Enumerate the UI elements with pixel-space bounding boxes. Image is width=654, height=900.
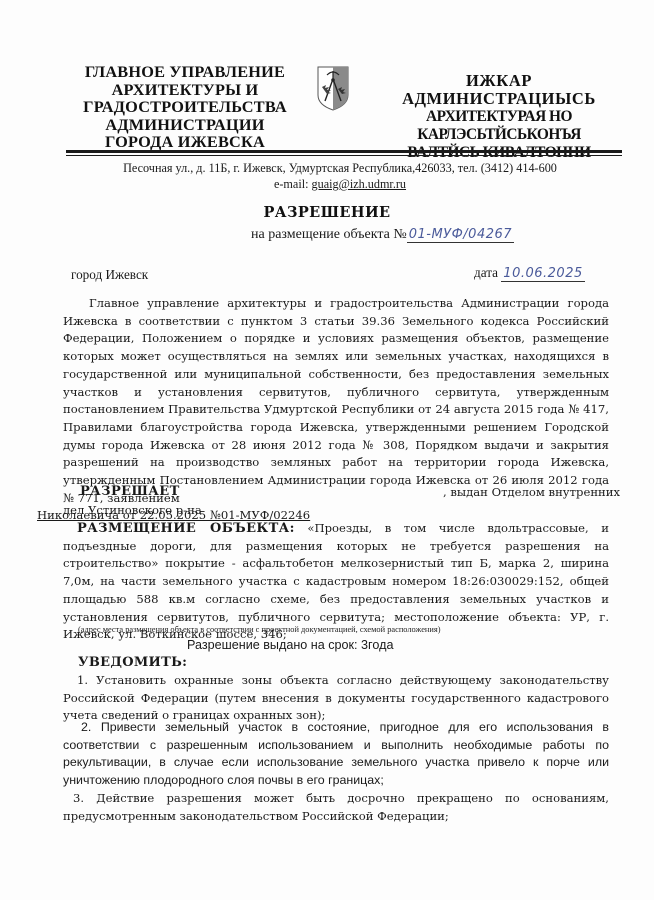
org-line: АРХИТЕКТУРАЯ НО: [378, 108, 620, 126]
department-text: дел Устиновского р-на: [63, 503, 202, 517]
org-contacts: Песочная ул., д. 11Б, г. Ижевск, Удмуртс…: [60, 160, 620, 192]
email-link[interactable]: guaig@izh.udmr.ru: [312, 177, 407, 191]
date-field: дата 10.06.2025: [474, 265, 585, 282]
email-label: e-mail:: [274, 177, 312, 191]
permit-number-handwritten: 01-МУФ/04267: [407, 227, 514, 243]
placement-text: «Проезды, в том числе вдольтрассовые, и …: [63, 521, 609, 641]
date-label: дата: [474, 265, 498, 280]
org-address: Песочная ул., д. 11Б, г. Ижевск, Удмуртс…: [60, 160, 620, 176]
header-divider-thin: [66, 155, 622, 156]
notify-item: 1. Установить охранные зоны объекта согл…: [63, 672, 609, 725]
org-name-russian: ГЛАВНОЕ УПРАВЛЕНИЕ АРХИТЕКТУРЫ И ГРАДОСТ…: [72, 63, 298, 151]
issued-by-text: , выдан Отделом внутренних: [443, 485, 620, 499]
org-line: ГОРОДА ИЖЕВСКА: [72, 133, 298, 151]
subtitle-text: на размещение объекта №: [251, 227, 407, 242]
org-line: КАРЛЭСЬТЙСЬКОНЪЯ: [378, 126, 620, 144]
izhevsk-coat-of-arms-icon: [316, 65, 350, 111]
permits-line: РАЗРЕШАЕТ , выдан Отделом внутренних: [80, 484, 610, 499]
date-handwritten: 10.06.2025: [501, 266, 584, 282]
header-divider-thick: [66, 150, 622, 153]
permits-heading: РАЗРЕШАЕТ: [80, 484, 180, 499]
org-line: АРХИТЕКТУРЫ И: [72, 81, 298, 99]
notify-item: 2. Привести земельный участок в состояни…: [63, 719, 609, 790]
document-title: РАЗРЕШЕНИЕ: [0, 204, 654, 221]
notify-item: 3. Действие разрешения может быть досроч…: [63, 790, 609, 825]
city-label: город Ижевск: [71, 267, 148, 283]
org-line: АДМИНИСТРАЦИИ: [72, 116, 298, 134]
address-note: (адрес места размещения объекта в соотве…: [78, 625, 441, 634]
placement-heading: РАЗМЕЩЕНИЕ ОБЪЕКТА:: [77, 521, 295, 536]
org-line: ИЖКАР АДМИНИСТРАЦИЫСЬ: [378, 72, 620, 108]
permit-term: Разрешение выдано на срок: 3года: [187, 638, 393, 652]
org-line: ГЛАВНОЕ УПРАВЛЕНИЕ: [72, 63, 298, 81]
document-page: ГЛАВНОЕ УПРАВЛЕНИЕ АРХИТЕКТУРЫ И ГРАДОСТ…: [0, 0, 654, 900]
document-subtitle: на размещение объекта №01-МУФ/04267: [251, 227, 514, 243]
notify-heading: УВЕДОМИТЬ:: [78, 655, 187, 670]
org-email-line: e-mail: guaig@izh.udmr.ru: [60, 176, 620, 192]
org-name-udmurt: ИЖКАР АДМИНИСТРАЦИЫСЬ АРХИТЕКТУРАЯ НО КА…: [378, 72, 620, 162]
org-line: ГРАДОСТРОИТЕЛЬСТВА: [72, 98, 298, 116]
preamble-text: Главное управление архитектуры и градост…: [63, 296, 609, 505]
